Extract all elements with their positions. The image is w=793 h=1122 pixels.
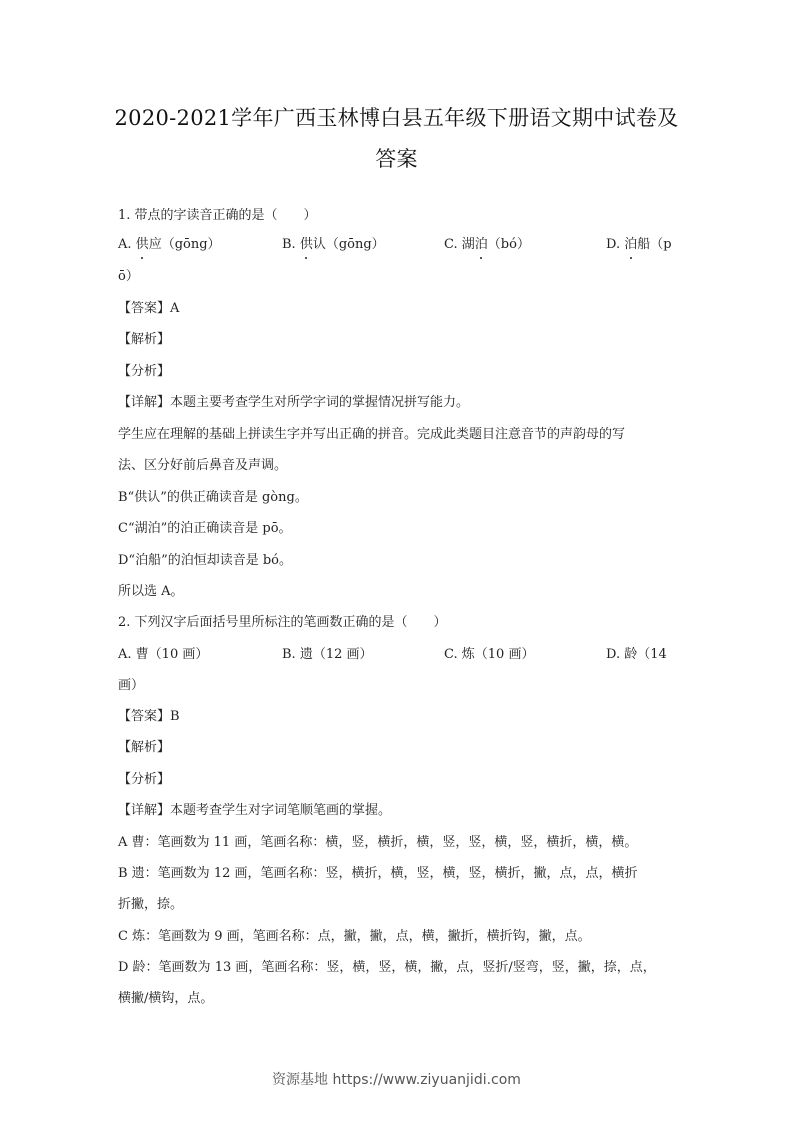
option-letter: C. (444, 237, 458, 252)
footer-watermark: 资源基地 https://www.ziyuanjidi.com (0, 1070, 793, 1090)
question-1-conclusion: 所以选 A。 (118, 583, 184, 601)
option-letter: C. (444, 647, 458, 662)
question-1-jiexi-label: 【解析】 (118, 331, 170, 349)
question-2-fenxi-label: 【分析】 (118, 771, 170, 789)
question-2-jiexi-label: 【解析】 (118, 739, 170, 757)
question-1-option-a: A. 供应（gōng） (118, 236, 221, 254)
question-2-option-d: D. 龄（14 (606, 646, 667, 664)
question-2-detail-line: 折撇，捺。 (118, 896, 183, 914)
question-2-detail-line: B 遗：笔画数为 12 画，笔画名称：竖，横折，横，竖，横，竖，横折，撇，点，点… (118, 865, 638, 883)
question-1-stem: 1. 带点的字读音正确的是（ ） (118, 207, 317, 225)
option-letter: A. (118, 237, 132, 252)
question-1-detail-line: B“供认”的供正确读音是 gòng。 (118, 489, 308, 507)
option-letter: D. (606, 237, 620, 252)
question-2-stem: 2. 下列汉字后面括号里所标注的笔画数正确的是（ ） (118, 614, 447, 632)
emphasis-dot-char: 泊 (624, 236, 637, 254)
question-2-option-wrap: 画） (118, 677, 144, 695)
emphasis-dot-char: 供 (136, 236, 149, 254)
question-2-detail-line: C 炼：笔画数为 9 画，笔画名称：点，撇，撇，点，横，撇折，横折钩，撇，点。 (118, 928, 591, 946)
option-letter: A. (118, 647, 132, 662)
question-2-detail-line: 横撇/横钩，点。 (118, 990, 213, 1008)
option-letter: B. (282, 647, 296, 662)
question-2-detail-line: D 龄：笔画数为 13 画，笔画名称：竖，横，竖，横，撇，点，竖折/竖弯，竖，撇… (118, 959, 656, 977)
question-2-detail-line: A 曹：笔画数为 11 画，笔画名称：横，竖，横折，横，竖，竖，横，竖，横折，横… (118, 834, 637, 852)
question-1-detail-line: 学生应在理解的基础上拼读生字并写出正确的拼音。完成此类题目注意音节的声韵母的写 (118, 426, 625, 444)
question-2-option-a: A. 曹（10 画） (118, 646, 208, 664)
question-1-answer: 【答案】A (118, 300, 179, 318)
option-letter: D. (606, 647, 620, 662)
option-letter: B. (282, 237, 296, 252)
question-1-fenxi-label: 【分析】 (118, 363, 170, 381)
emphasis-dot-char: 供 (300, 236, 313, 254)
question-2-option-c: C. 炼（10 画） (444, 646, 534, 664)
question-2-option-b: B. 遗（12 画） (282, 646, 373, 664)
question-1-option-c: C. 湖泊（bó） (444, 236, 530, 254)
question-1-option-b: B. 供认（gōng） (282, 236, 385, 254)
emphasis-dot-char: 泊 (475, 236, 488, 254)
question-2-detail-line: 【详解】本题考查学生对字词笔顺笔画的掌握。 (118, 802, 391, 820)
question-1-detail-line: C“湖泊”的泊正确读音是 pō。 (118, 520, 292, 538)
question-2-answer: 【答案】B (118, 708, 180, 726)
question-1-detail-line: D“泊船”的泊恒却读音是 bó。 (118, 552, 292, 570)
question-1-detail-line: 【详解】本题主要考查学生对所学字词的掌握情况拼写能力。 (118, 394, 469, 412)
question-1-option-d: D. 泊船（p (606, 236, 672, 254)
question-1-option-wrap: ō） (118, 268, 139, 286)
document-title-line1: 2020-2021学年广西玉林博白县五年级下册语文期中试卷及 (60, 104, 733, 132)
document-title-line2: 答案 (60, 145, 733, 173)
question-1-detail-line: 法、区分好前后鼻音及声调。 (118, 457, 287, 475)
